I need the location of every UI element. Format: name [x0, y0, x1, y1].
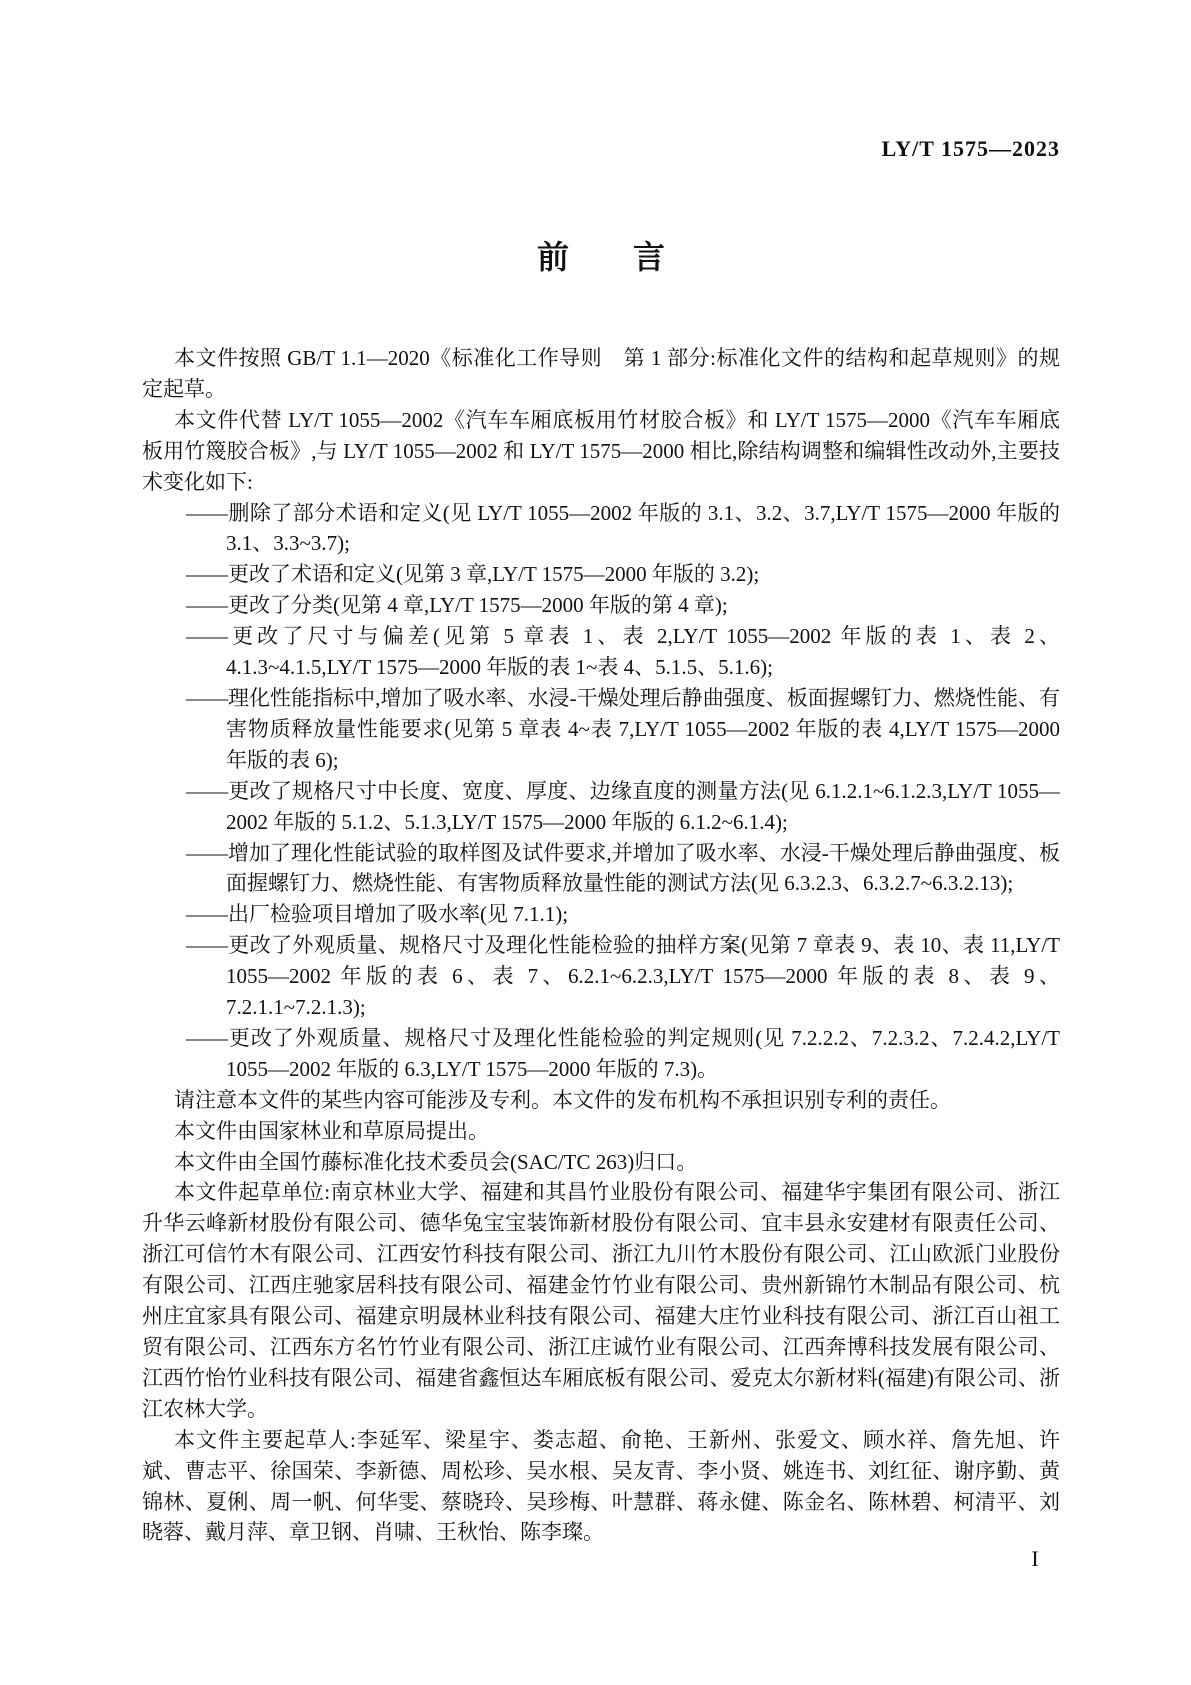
change-item: ——删除了部分术语和定义(见 LY/T 1055—2002 年版的 3.1、3.… — [142, 498, 1060, 560]
paragraph-drafters: 本文件主要起草人:李延军、梁星宇、娄志超、俞艳、王新州、张爱文、顾水祥、詹先旭、… — [142, 1425, 1060, 1549]
paragraph-patent-note: 请注意本文件的某些内容可能涉及专利。本文件的发布机构不承担识别专利的责任。 — [142, 1085, 1060, 1116]
foreword-body: 本文件按照 GB/T 1.1—2020《标准化工作导则 第 1 部分:标准化文件… — [142, 343, 1060, 1548]
change-item: ——更改了术语和定义(见第 3 章,LY/T 1575—2000 年版的 3.2… — [142, 559, 1060, 590]
paragraph-centralized-by: 本文件由全国竹藤标准化技术委员会(SAC/TC 263)归口。 — [142, 1147, 1060, 1178]
page-title: 前 言 — [142, 238, 1060, 276]
change-item: ——更改了外观质量、规格尺寸及理化性能检验的抽样方案(见第 7 章表 9、表 1… — [142, 930, 1060, 1023]
paragraph-basis: 本文件按照 GB/T 1.1—2020《标准化工作导则 第 1 部分:标准化文件… — [142, 343, 1060, 405]
standard-number: LY/T 1575—2023 — [142, 136, 1060, 162]
change-list: ——删除了部分术语和定义(见 LY/T 1055—2002 年版的 3.1、3.… — [142, 498, 1060, 1085]
change-item: ——更改了尺寸与偏差(见第 5 章表 1、表 2,LY/T 1055—2002 … — [142, 621, 1060, 683]
document-page: LY/T 1575—2023 前 言 本文件按照 GB/T 1.1—2020《标… — [0, 0, 1191, 1685]
paragraph-drafting-units: 本文件起草单位:南京林业大学、福建和其昌竹业股份有限公司、福建华宇集团有限公司、… — [142, 1177, 1060, 1424]
change-item: ——更改了规格尺寸中长度、宽度、厚度、边缘直度的测量方法(见 6.1.2.1~6… — [142, 776, 1060, 838]
paragraph-replaces: 本文件代替 LY/T 1055—2002《汽车车厢底板用竹材胶合板》和 LY/T… — [142, 405, 1060, 498]
change-item: ——增加了理化性能试验的取样图及试件要求,并增加了吸水率、水浸-干燥处理后静曲强… — [142, 838, 1060, 900]
change-item: ——理化性能指标中,增加了吸水率、水浸-干燥处理后静曲强度、板面握螺钉力、燃烧性… — [142, 683, 1060, 776]
page-number: I — [1015, 1546, 1055, 1572]
change-item: ——更改了外观质量、规格尺寸及理化性能检验的判定规则(见 7.2.2.2、7.2… — [142, 1023, 1060, 1085]
change-item: ——更改了分类(见第 4 章,LY/T 1575—2000 年版的第 4 章); — [142, 590, 1060, 621]
paragraph-proposed-by: 本文件由国家林业和草原局提出。 — [142, 1116, 1060, 1147]
change-item: ——出厂检验项目增加了吸水率(见 7.1.1); — [142, 899, 1060, 930]
